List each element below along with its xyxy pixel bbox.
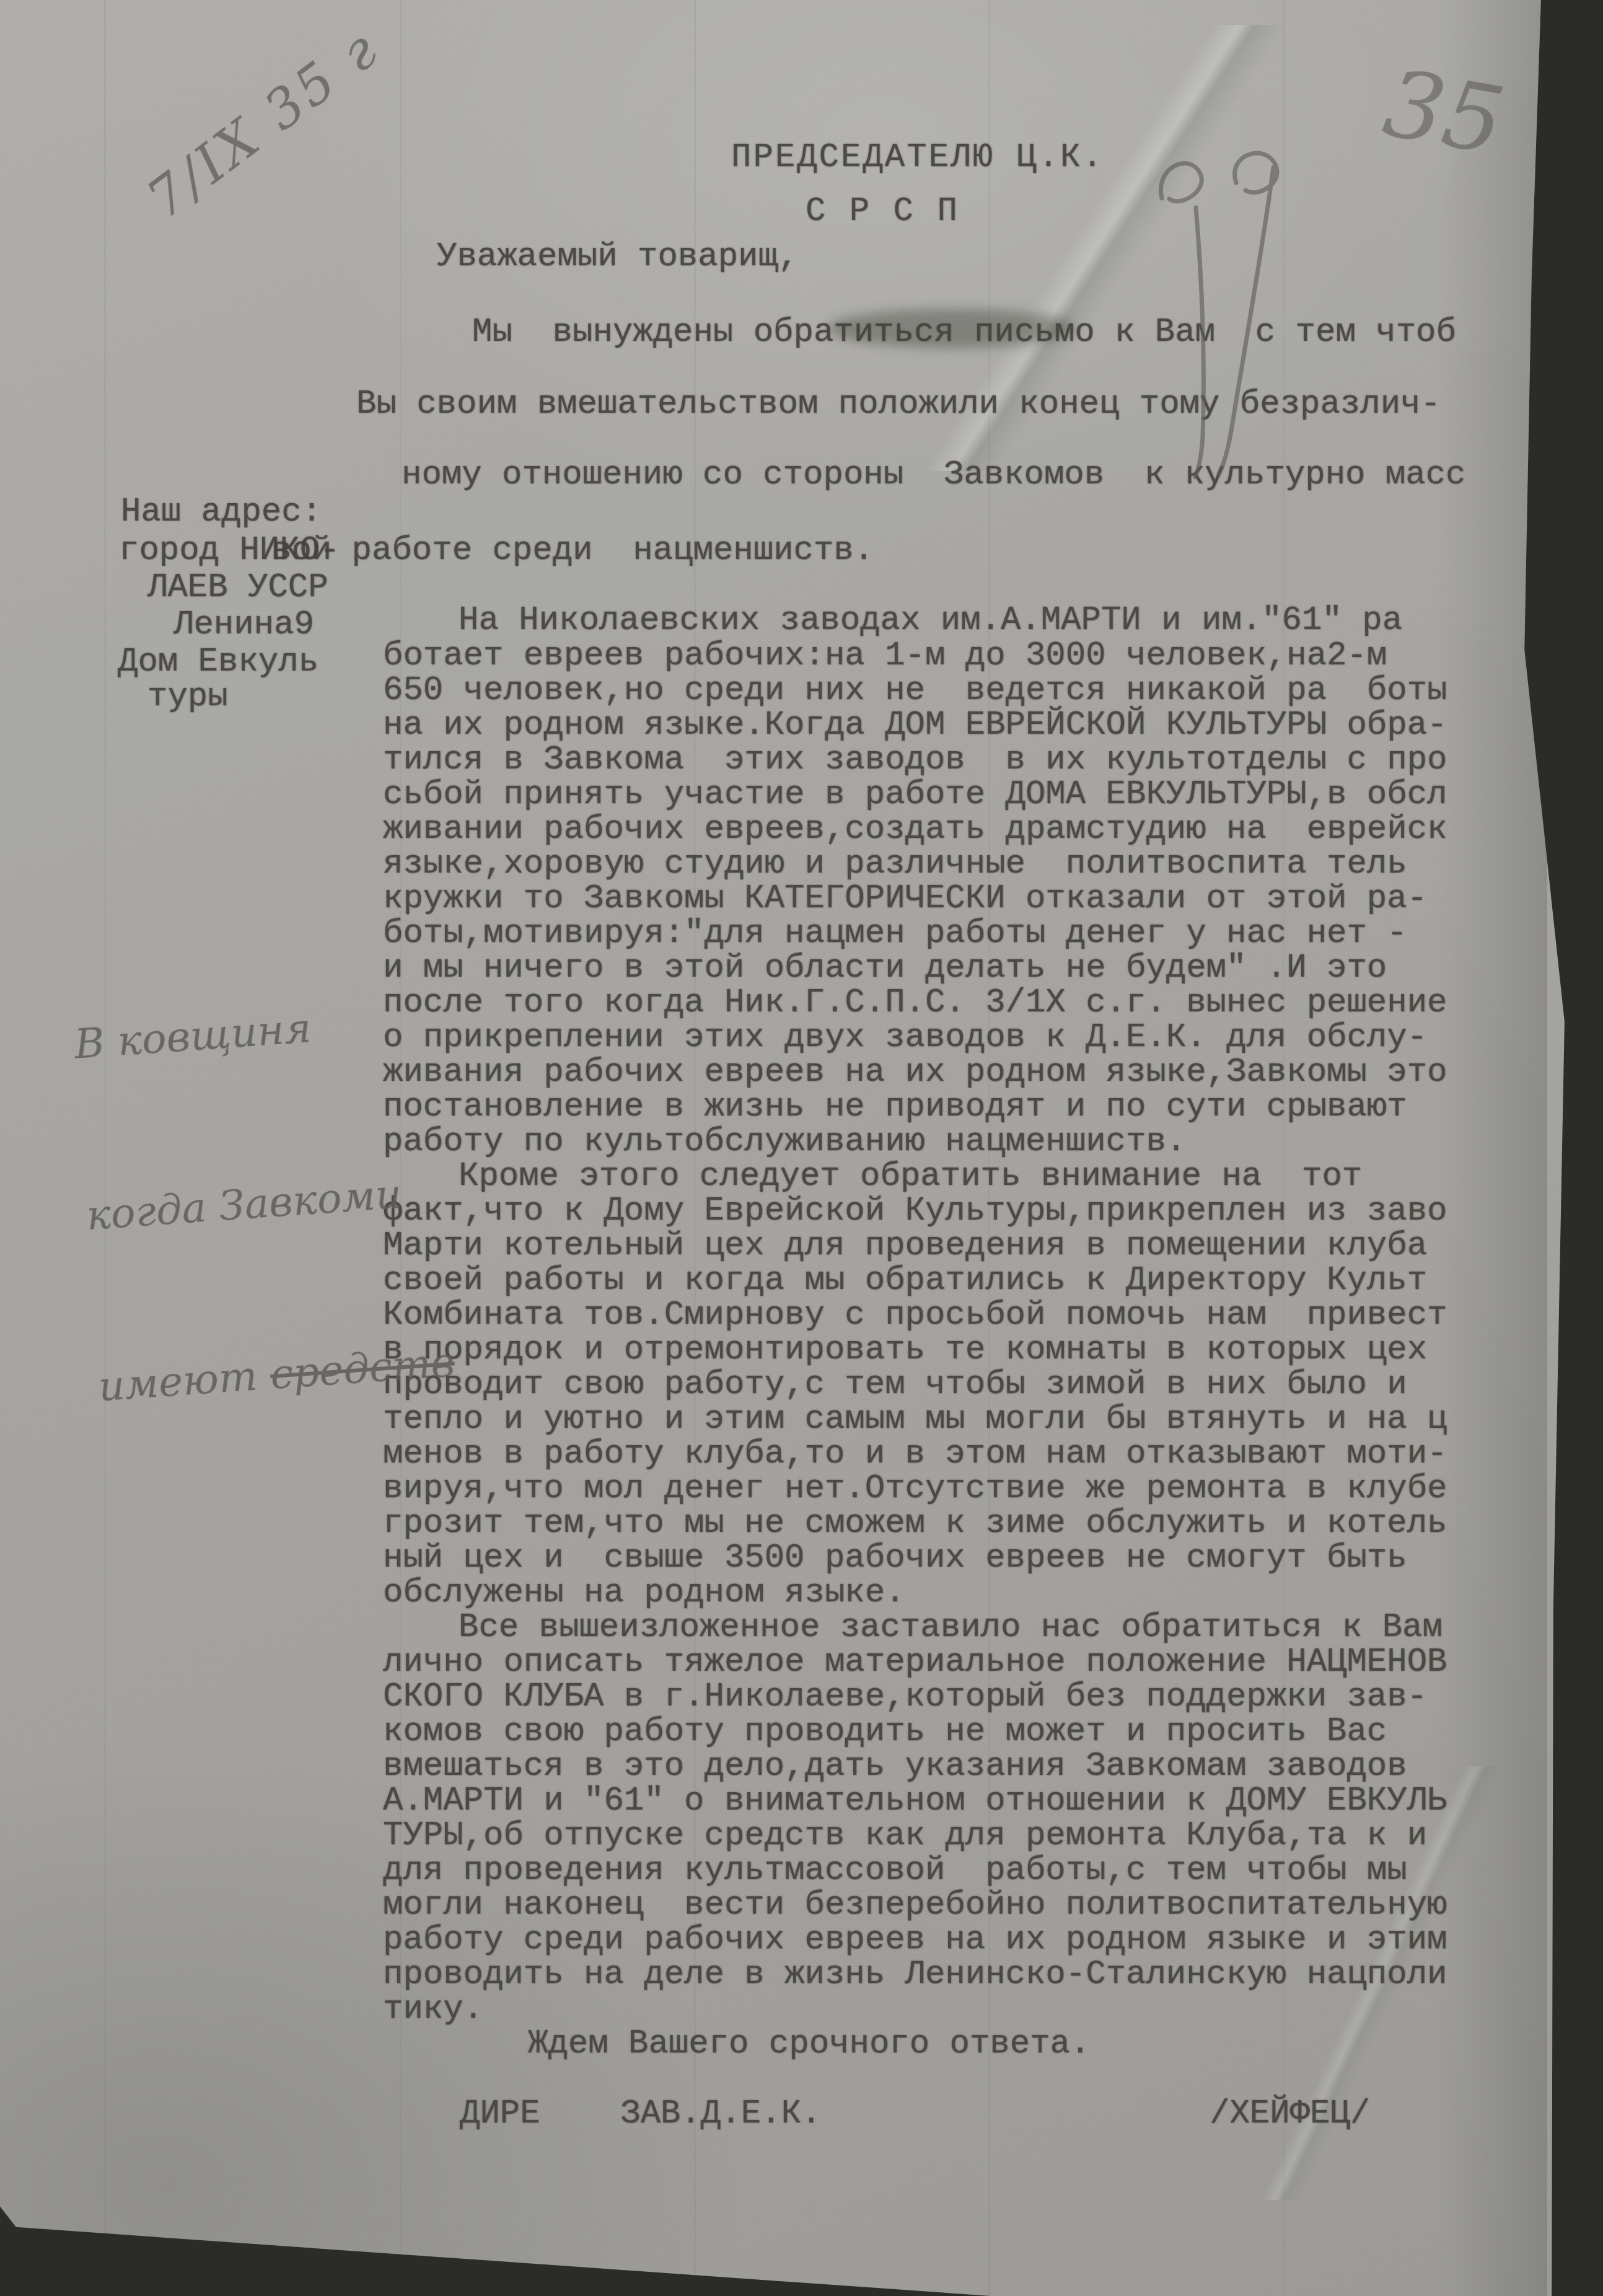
typed-line: ный цех и свыше 3500 рабочих евреев не с…: [383, 1542, 1407, 1575]
typed-line: проводит свою работу,с тем чтобы зимой в…: [383, 1368, 1407, 1402]
typed-line: боты,мотивируя:"для нацмен работы денег …: [383, 917, 1407, 951]
typed-line: тику.: [383, 1993, 483, 2026]
typed-line: постановление в жизнь не приводят и по с…: [383, 1091, 1407, 1124]
typed-line: Дом Евкуль: [118, 646, 318, 679]
typed-line: о прикреплении этих двух заводов к Д.Е.К…: [383, 1021, 1427, 1055]
typed-line: для проведения культмассовой работы,с те…: [383, 1854, 1407, 1888]
handwritten-date-note: 7/ІХ 35 г: [136, 17, 391, 231]
typed-line: Комбината тов.Смирнову с просьбой помочь…: [383, 1299, 1447, 1332]
typed-line: Ленина9: [173, 609, 314, 642]
typed-line: 650 человек,но среди них не ведется ника…: [383, 674, 1447, 708]
typed-line: проводить на деле в жизнь Ленинско-Стали…: [383, 1958, 1447, 1992]
typed-line: живания рабочих евреев на их родном язык…: [383, 1056, 1447, 1089]
handwritten-margin-note: В ковщиня когда Завкоми имеют средств: [14, 891, 463, 1520]
margin-note-line1: В ковщиня: [72, 1004, 312, 1068]
typed-line: и мы ничего в этой области делать не буд…: [383, 952, 1387, 985]
typed-line: менов в работу клуба,то и в этом нам отк…: [383, 1438, 1447, 1471]
typed-line: СКОГО КЛУБА в г.Николаеве,который без по…: [383, 1681, 1427, 1714]
typed-line: тился в Завкома этих заводов в их культо…: [383, 744, 1447, 777]
typed-line: А.МАРТИ и "61" о внимательном отношении …: [383, 1785, 1447, 1818]
paper-sheet: ПРЕДСЕДАТЕЛЮ Ц.К.С Р С ПУважаемый товари…: [0, 0, 1603, 2296]
typed-line: факт,что к Дому Еврейской Культуры,прикр…: [383, 1195, 1447, 1228]
typed-line: Марти котельный цех для проведения в пом…: [383, 1229, 1427, 1263]
typed-line: работу среди рабочих евреев на их родном…: [383, 1924, 1447, 1957]
scanned-letter-page: { "document": { "language": "Russian", "…: [0, 0, 1603, 2296]
typed-line: Кроме этого следует обратить внимание на…: [459, 1160, 1362, 1194]
typed-line: обслужены на родном языке.: [383, 1577, 905, 1610]
typed-line: языке,хоровую студию и различные политво…: [383, 848, 1407, 881]
pencil-flourish-mark: [1143, 139, 1329, 486]
typed-line: С Р С П: [806, 195, 959, 229]
typed-line: ЛАЕВ УССР: [147, 571, 328, 605]
typed-line: после того когда Ник.Г.С.П.С. 3/1Х с.г. …: [383, 987, 1447, 1020]
typed-line: ПРЕДСЕДАТЕЛЮ Ц.К.: [731, 141, 1104, 175]
typed-line: работу по культобслуживанию нацменшиств.: [383, 1125, 1186, 1159]
typed-line: ботает евреев рабочих:на 1-м до 3000 чел…: [383, 640, 1387, 673]
typed-line: на их родном языке.Когда ДОМ ЕВРЕЙСКОЙ К…: [383, 709, 1447, 742]
typed-line: вой работе среди нацменшиств.: [271, 534, 874, 568]
typed-line: ДИРЕ ЗАВ.Д.Е.К.: [460, 2098, 821, 2131]
typed-line: Все вышеизложенное заставило нас обратит…: [459, 1611, 1443, 1645]
typed-line: могли наконец вести безперебойно политво…: [383, 1889, 1447, 1922]
typed-line: грозит тем,что мы не сможем к зиме обслу…: [383, 1507, 1447, 1541]
handwritten-page-number: 35: [1376, 50, 1511, 177]
typed-line: лично описать тяжелое материальное полож…: [383, 1646, 1447, 1679]
margin-note-line3: имеют: [97, 1351, 272, 1410]
typed-line: ТУРЫ,об отпуске средств как для ремонта …: [383, 1819, 1427, 1853]
typed-line: На Николаевских заводах им.А.МАРТИ и им.…: [459, 604, 1402, 638]
typed-line: живании рабочих евреев,создать драмстуди…: [383, 813, 1447, 847]
typed-line: /ХЕЙФЕЦ/: [1210, 2098, 1370, 2131]
typed-line: комов свою работу проводить не может и п…: [383, 1715, 1387, 1749]
typed-line: кружки то Завкомы КАТЕГОРИЧЕСКИ отказали…: [383, 882, 1427, 916]
margin-note-line2: когда Завкоми: [85, 1169, 403, 1239]
typed-line: вмешаться в это дело,дать указания Завко…: [383, 1750, 1407, 1784]
typed-line: тепло и уютно и этим самым мы могли бы в…: [383, 1403, 1447, 1436]
typed-line: Ждем Вашего срочного ответа.: [528, 2028, 1090, 2061]
typed-line: туры: [147, 680, 228, 714]
typed-line: Наш адрес:: [121, 496, 322, 529]
margin-note-struck-word: средств: [268, 1338, 456, 1399]
typed-line: Уважаемый товарищ,: [437, 240, 798, 274]
typed-line: сьбой принять участие в работе ДОМА ЕВКУ…: [383, 778, 1447, 812]
typed-line: в порядок и отремонтировать те комнаты в…: [383, 1334, 1427, 1367]
typed-line: своей работы и когда мы обратились к Дир…: [383, 1264, 1427, 1298]
typed-line: вируя,что мол денег нет.Отсутствие же ре…: [383, 1472, 1447, 1506]
